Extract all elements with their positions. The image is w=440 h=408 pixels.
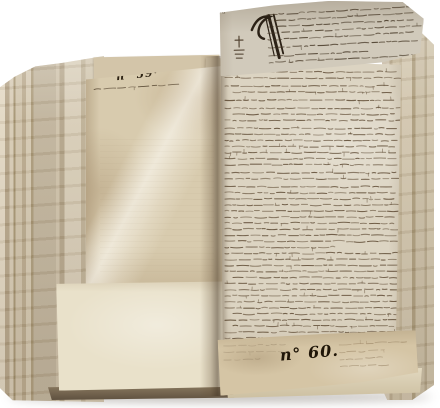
charter-60-document <box>219 56 403 352</box>
manuscript-text-block <box>223 60 399 350</box>
manuscript-photo: n° 59· 6a n° 60. <box>0 0 440 408</box>
parchment-bleedthrough <box>100 134 214 274</box>
folio-mark: 6a <box>218 8 227 15</box>
docket-number-60: n° 60. <box>279 341 339 365</box>
annotation-script <box>339 337 417 377</box>
notarial-sign <box>230 34 248 64</box>
charter-59-parchment: n° 59· <box>86 66 222 292</box>
docket-script-line <box>94 80 178 94</box>
left-blank-sheet <box>56 281 225 392</box>
